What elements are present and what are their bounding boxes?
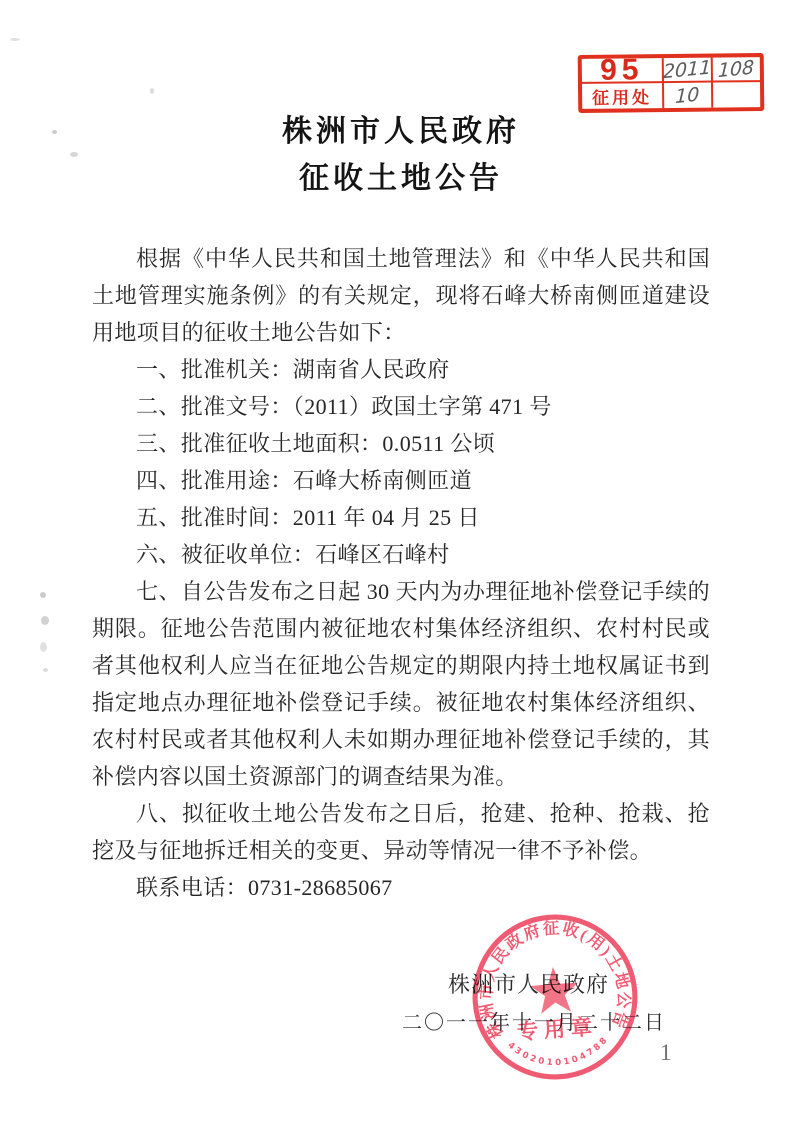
scan-artifact (40, 592, 46, 598)
registry-office-label: 征用处 (592, 83, 652, 109)
document-body: 根据《中华人民共和国土地管理法》和《中华人民共和国土地管理实施条例》的有关规定，… (92, 240, 710, 906)
notice-item-7: 七、自公告发布之日起 30 天内为办理征地补偿登记手续的期限。征地公告范围内被征… (92, 573, 710, 795)
title-subject: 征收土地公告 (92, 155, 710, 202)
notice-item-3: 三、批准征收土地面积：0.0511 公顷 (92, 425, 710, 462)
document-title: 株洲市人民政府 征收土地公告 (92, 108, 710, 202)
notice-item-2: 二、批准文号：（2011）政国土字第 471 号 (92, 388, 710, 425)
registry-stamp-box: 95 2011 108 征用处 10 (578, 53, 765, 113)
scan-artifact (43, 668, 48, 672)
scanned-document-page: 95 2011 108 征用处 10 株洲市人民政府 征收土地公告 根据《中华人… (0, 0, 800, 1133)
scan-artifact (10, 38, 20, 41)
registry-stamp-office-cell: 征用处 (582, 83, 664, 109)
contact-phone-line: 联系电话：0731-28685067 (92, 869, 710, 906)
page-number: 1 (660, 1040, 672, 1066)
registry-stamp-subnumber-cell: 10 (664, 83, 713, 109)
scan-artifact (40, 642, 47, 652)
intro-paragraph: 根据《中华人民共和国土地管理法》和《中华人民共和国土地管理实施条例》的有关规定，… (92, 240, 710, 351)
notice-item-1: 一、批准机关：湖南省人民政府 (92, 351, 710, 388)
scan-artifact (150, 88, 154, 94)
scan-artifact (52, 130, 57, 134)
registry-stamp-empty-cell (713, 82, 760, 107)
registry-stamp-number-cell: 95 (582, 58, 664, 84)
title-issuer: 株洲市人民政府 (92, 108, 710, 155)
scan-artifact (41, 616, 49, 625)
notice-item-4: 四、批准用途：石峰大桥南侧匝道 (92, 462, 710, 499)
registry-stamp-year-cell: 2011 (664, 58, 713, 84)
handwritten-year: 2011 (663, 56, 712, 83)
handwritten-serial: 108 (718, 56, 755, 82)
seal-serial-number: 4302010104788 (505, 1034, 613, 1072)
signature-issuer: 株洲市人民政府 (448, 968, 608, 999)
signature-date: 二〇一一年十一月二十二日 (402, 1006, 662, 1035)
handwritten-subnumber: 10 (675, 83, 700, 108)
registry-number: 95 (600, 53, 644, 87)
notice-item-8: 八、拟征收土地公告发布之日后，抢建、抢种、抢栽、抢挖及与征地拆迁相关的变更、异动… (92, 795, 710, 869)
notice-item-5: 五、批准时间：2011 年 04 月 25 日 (92, 499, 710, 536)
registry-stamp-serial-cell: 108 (713, 57, 760, 82)
scan-artifact (70, 152, 78, 157)
notice-item-6: 六、被征收单位：石峰区石峰村 (92, 536, 710, 573)
svg-text:4302010104788: 4302010104788 (505, 1034, 613, 1072)
